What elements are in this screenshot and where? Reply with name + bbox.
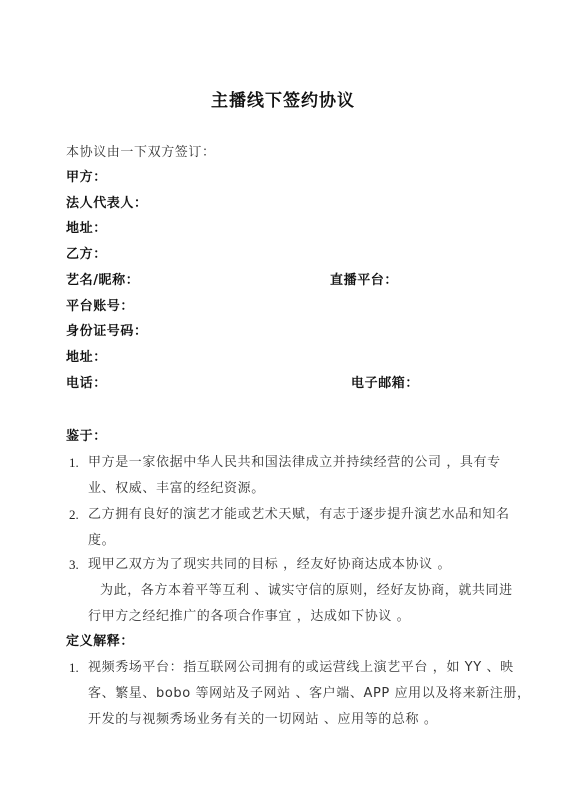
field-label-id-number: 身份证号码： xyxy=(66,324,148,340)
definition-item-1-line-3: 开发的与视频秀场业务有关的一切网站 、应用等的总称 。 xyxy=(88,712,437,728)
field-label-email: 电子邮箱： xyxy=(351,376,419,392)
document-title: 主播线下签约协议 xyxy=(0,86,566,111)
field-label-legal-representative: 法人代表人： xyxy=(66,196,148,212)
definition-item-1-number: 1. xyxy=(69,660,79,676)
definition-item-1-line-1: 视频秀场平台：指互联网公司拥有的或运营线上演艺平台 ，如 YY 、映 xyxy=(88,660,514,676)
field-label-live-platform: 直播平台： xyxy=(330,273,398,289)
whereas-item-3-line-1: 现甲乙双方为了现实共同的目标 ，经友好协商达成本协议 。 xyxy=(88,557,451,573)
field-label-party-b-address: 地址： xyxy=(66,350,107,366)
field-label-party-a-address: 地址： xyxy=(66,221,107,237)
definition-item-1-line-2: 客、繁星、bobo 等网站及子网站 、客户端、APP 应用以及将来新注册， xyxy=(88,686,531,702)
intro-text: 本协议由一下双方签订： xyxy=(66,145,216,161)
field-label-stage-name: 艺名/昵称： xyxy=(66,273,139,289)
field-label-platform-account: 平台账号： xyxy=(66,299,134,315)
whereas-closing-line-1: 为此，各方本着平等互利 、诚实守信的原则，经好友协商，就共同进 xyxy=(100,583,513,599)
whereas-item-2-line-2: 度。 xyxy=(88,533,115,549)
whereas-item-1-number: 1. xyxy=(69,455,79,471)
document-page: 主播线下签约协议 本协议由一下双方签订： 甲方： 法人代表人： 地址： 乙方： … xyxy=(0,0,566,800)
whereas-item-3-number: 3. xyxy=(69,557,79,573)
whereas-item-2-number: 2. xyxy=(69,507,79,523)
whereas-item-1-line-2: 业、权威、丰富的经纪资源。 xyxy=(88,481,265,497)
field-label-party-a: 甲方： xyxy=(66,170,107,186)
field-label-phone: 电话： xyxy=(66,376,107,392)
whereas-heading: 鉴于： xyxy=(66,429,107,445)
whereas-item-1-line-1: 甲方是一家依据中华人民共和国法律成立并持续经营的公司 ，具有专 xyxy=(88,455,501,471)
whereas-item-2-line-1: 乙方拥有良好的演艺才能或艺术天赋，有志于逐步提升演艺水品和知名 xyxy=(88,507,510,523)
whereas-closing-line-2: 行甲方之经纪推广的各项合作事宜 ，达成如下协议 。 xyxy=(88,609,410,625)
field-label-party-b: 乙方： xyxy=(66,247,107,263)
definitions-heading: 定义解释： xyxy=(66,634,134,650)
